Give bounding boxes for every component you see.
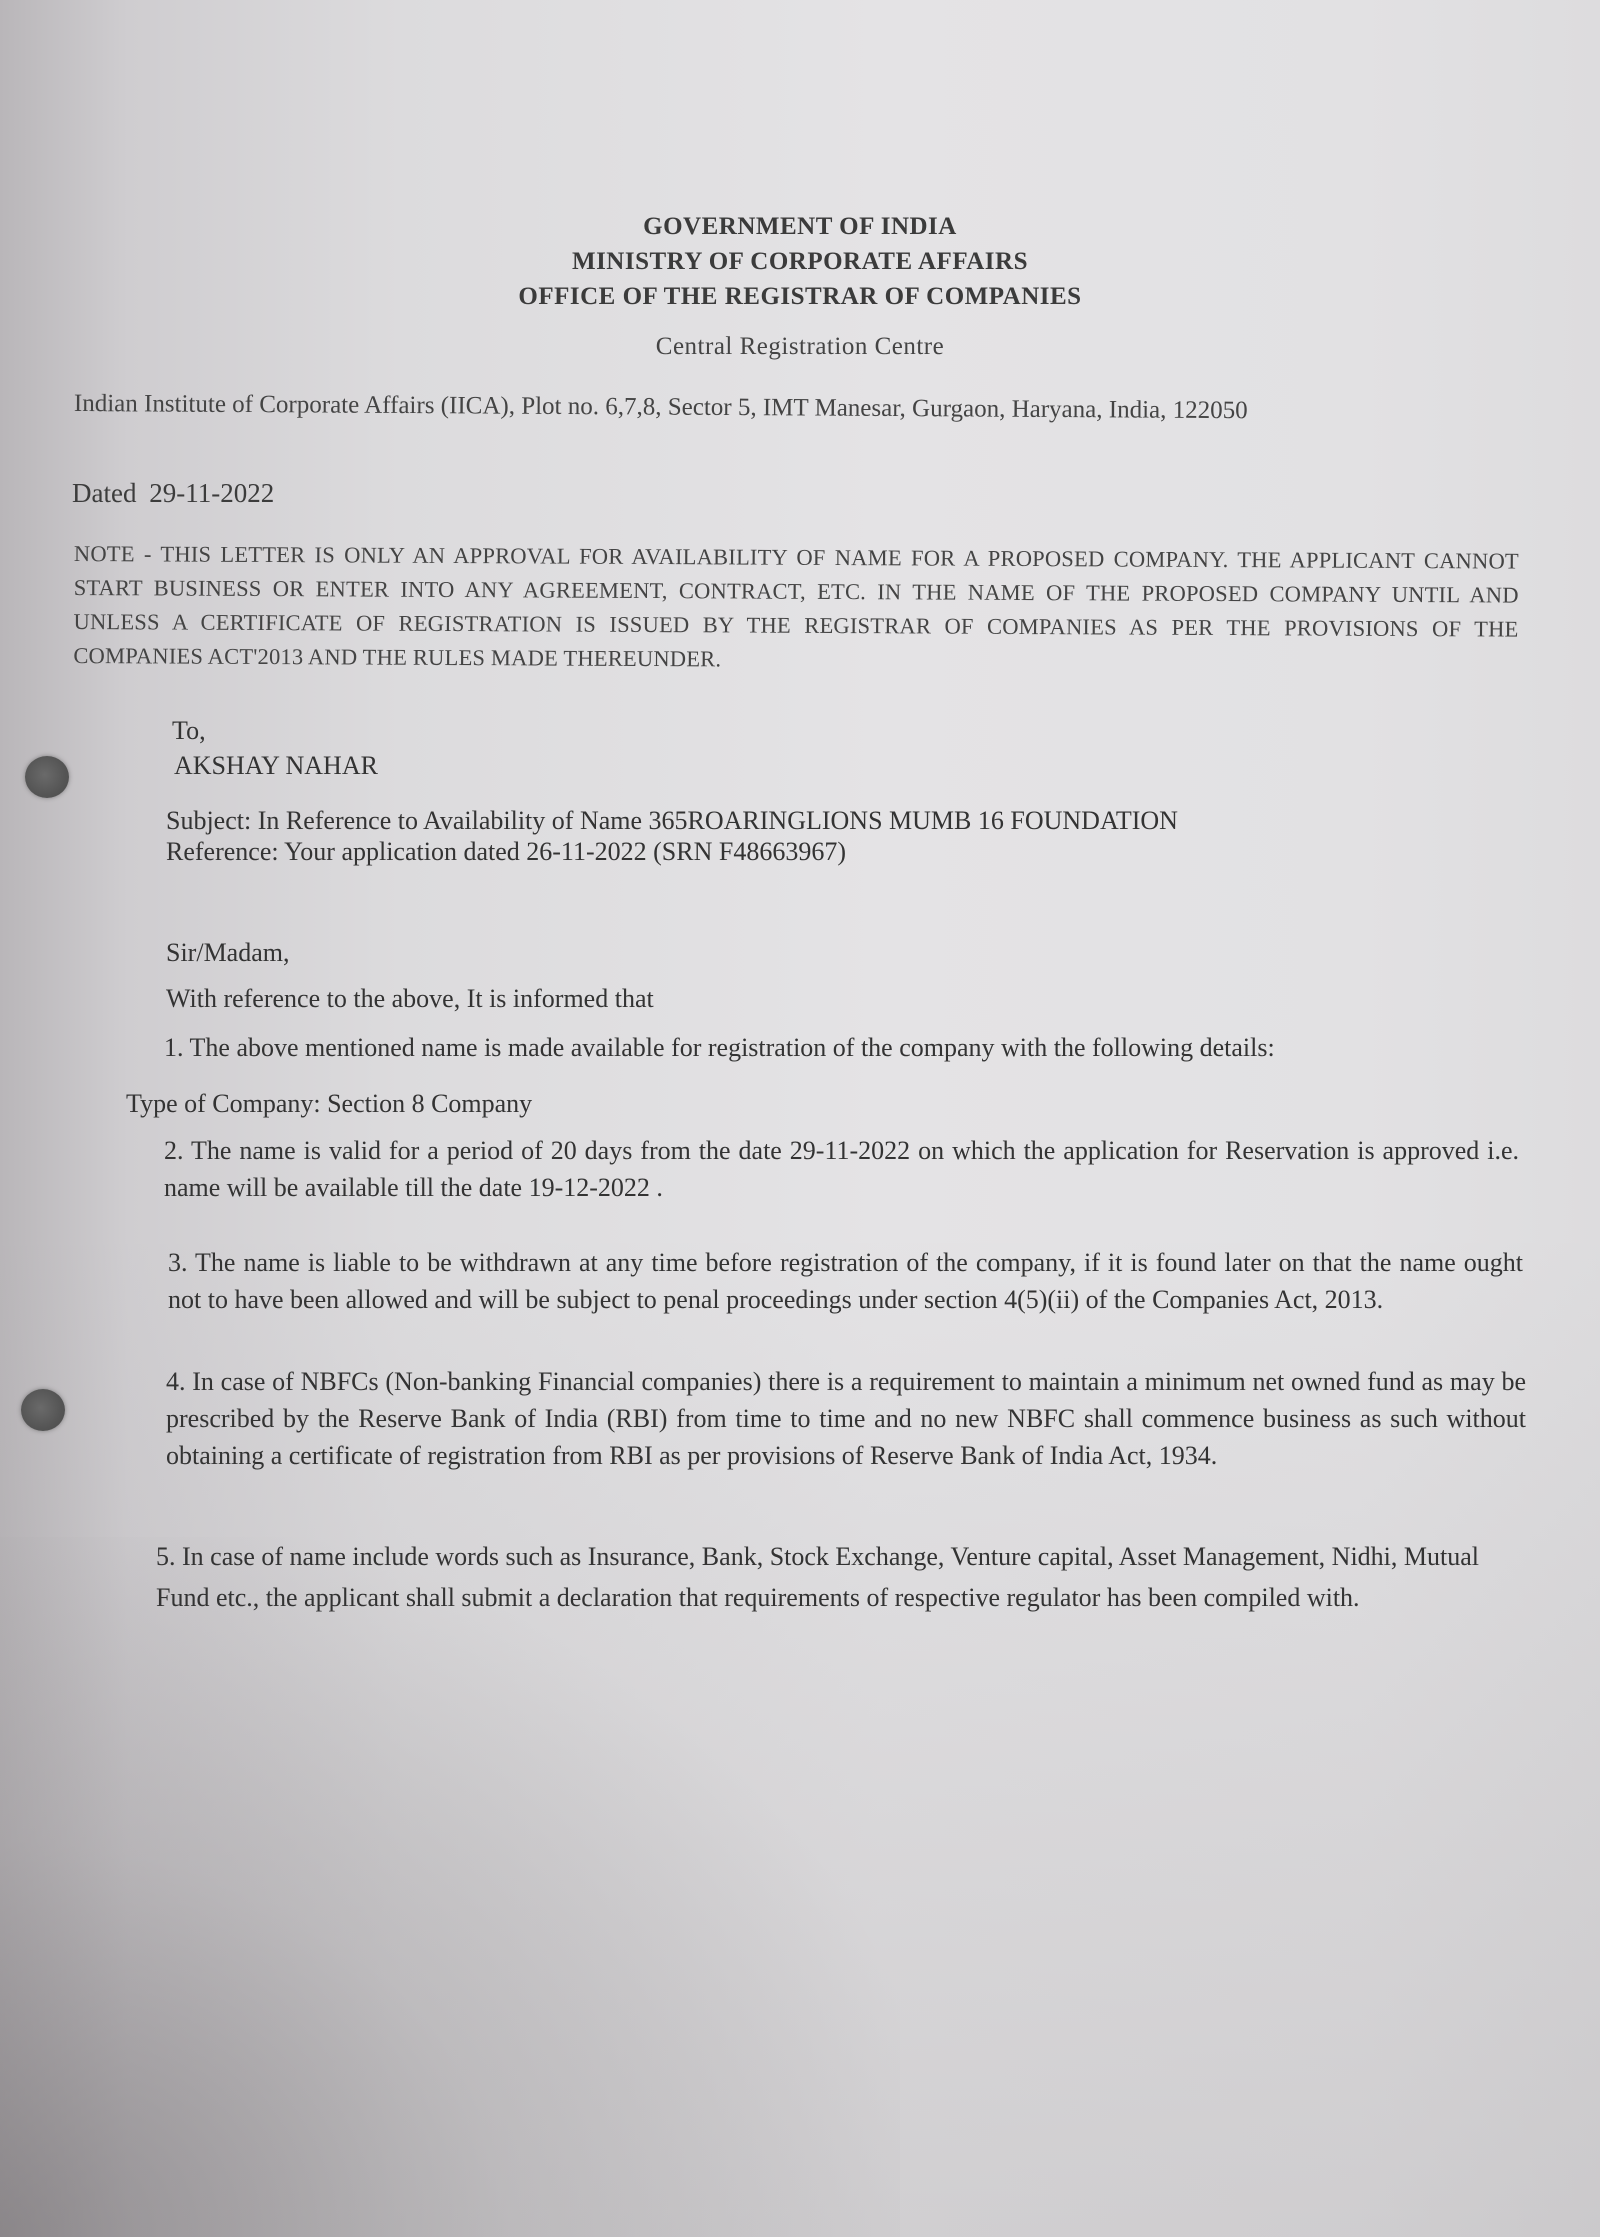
point-3: 3. The name is liable to be withdrawn at… [168,1244,1523,1318]
recipient-to: To, [172,716,206,746]
letterhead-centre: Central Registration Centre [0,333,1600,361]
point-4: 4. In case of NBFCs (Non-banking Financi… [166,1363,1526,1474]
company-type: Type of Company: Section 8 Company [126,1089,532,1119]
recipient-name: AKSHAY NAHAR [174,751,378,781]
paper-shadow [0,1537,900,2237]
subject-line: Subject: In Reference to Availability of… [166,806,1178,836]
letterhead-office: OFFICE OF THE REGISTRAR OF COMPANIES [0,283,1600,311]
letterhead-government: GOVERNMENT OF INDIA [0,213,1600,241]
point-5: 5. In case of name include words such as… [156,1536,1521,1618]
letterhead-ministry: MINISTRY OF CORPORATE AFFAIRS [0,248,1600,276]
dated-label: Dated [72,478,136,508]
note-paragraph: NOTE - THIS LETTER IS ONLY AN APPROVAL F… [73,537,1519,681]
dated-line: Dated 29-11-2022 [72,478,274,509]
punch-hole-bottom [21,1389,65,1431]
punch-hole-top [25,756,69,798]
point-2: 2. The name is valid for a period of 20 … [164,1132,1519,1206]
salutation: Sir/Madam, [166,938,290,968]
dated-value: 29-11-2022 [149,478,274,508]
letterhead-address: Indian Institute of Corporate Affairs (I… [74,390,1248,425]
point-1: 1. The above mentioned name is made avai… [164,1033,1275,1063]
intro-line: With reference to the above, It is infor… [166,984,654,1014]
reference-line: Reference: Your application dated 26-11-… [166,837,846,867]
